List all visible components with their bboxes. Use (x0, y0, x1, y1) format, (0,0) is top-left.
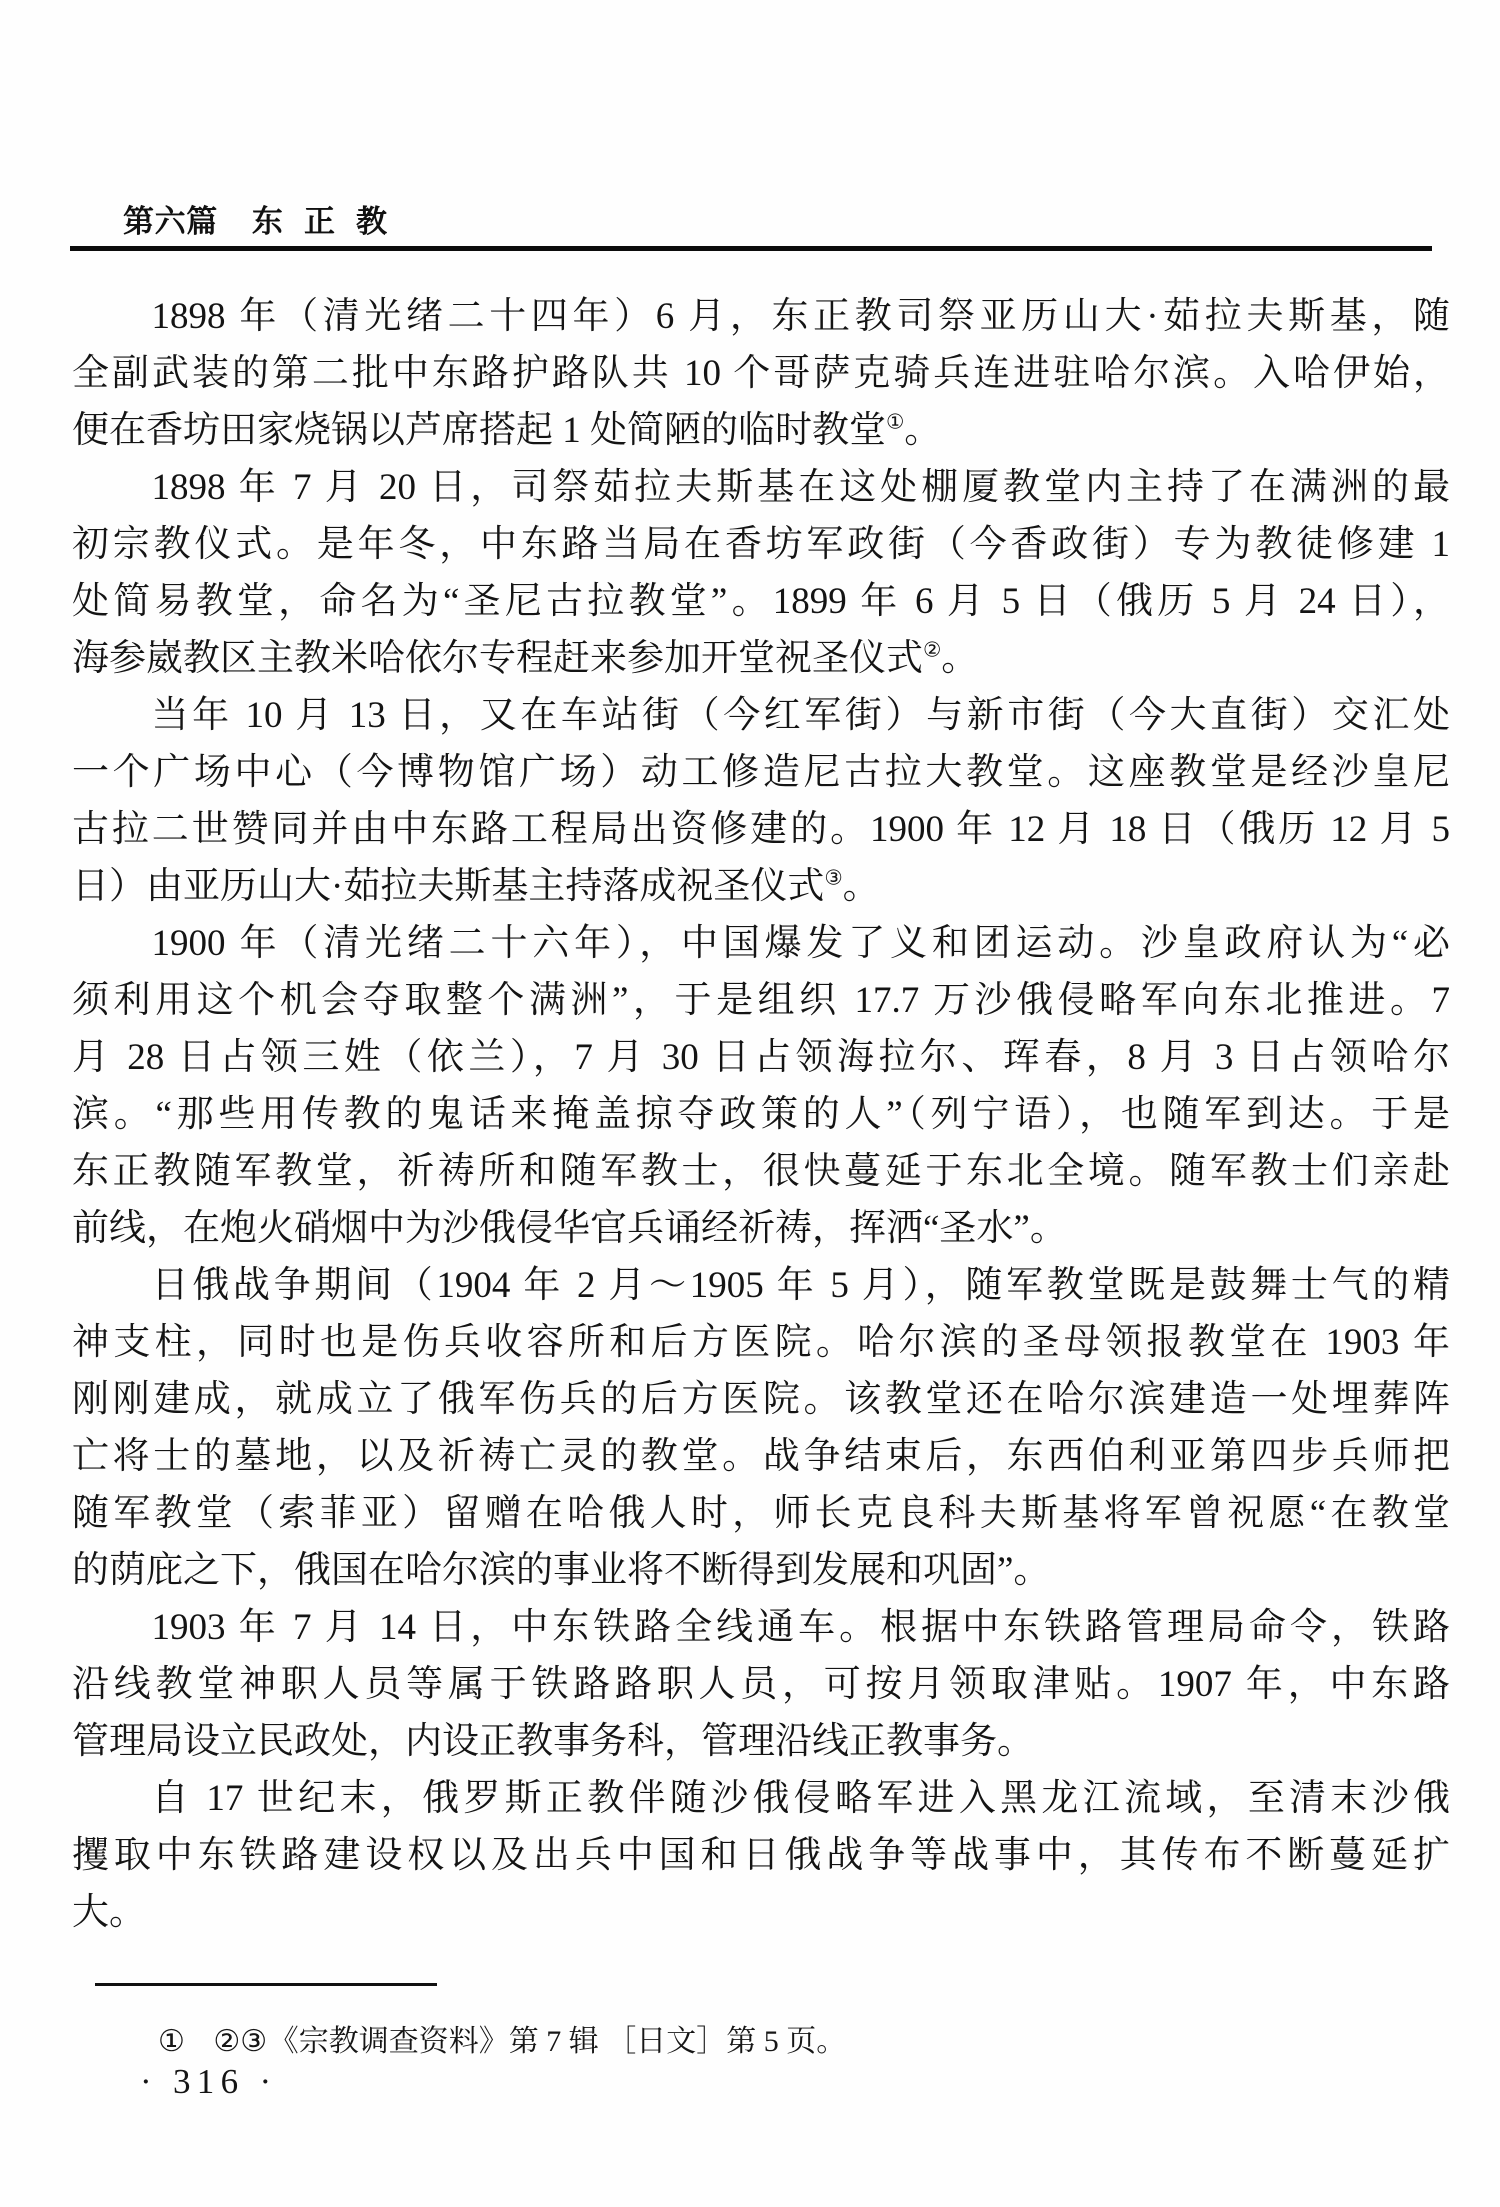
body-line: 滨。“那些用传教的鬼话来掩盖掠夺政策的人”（列宁语），也随军到达。于是 (72, 1086, 1450, 1143)
section-title: 东正教 (252, 196, 408, 241)
paragraph: 当年 10 月 13 日，又在车站街（今红军街）与新市街（今大直街）交汇处一个广… (72, 687, 1450, 915)
body-line: 随军教堂（索菲亚）留赠在哈俄人时，师长克良科夫斯基将军曾祝愿“在教堂 (72, 1485, 1450, 1542)
body-line: 沿线教堂神职人员等属于铁路路职人员，可按月领取津贴。1907 年，中东路 (72, 1656, 1450, 1713)
body-line: 便在香坊田家烧锅以芦席搭起 1 处简陋的临时教堂①。 (72, 402, 1450, 459)
body-line: 当年 10 月 13 日，又在车站街（今红军街）与新市街（今大直街）交汇处 (72, 687, 1450, 744)
body-line: 1898 年（清光绪二十四年）6 月，东正教司祭亚历山大·茹拉夫斯基，随 (72, 288, 1450, 345)
footnote-rule (95, 1983, 437, 1986)
body-line: 处简易教堂，命名为“圣尼古拉教堂”。1899 年 6 月 5 日（俄历 5 月 … (72, 573, 1450, 630)
body-line: 攫取中东铁路建设权以及出兵中国和日俄战争等战事中，其传布不断蔓延扩 (72, 1827, 1450, 1884)
paragraph: 1898 年（清光绪二十四年）6 月，东正教司祭亚历山大·茹拉夫斯基，随全副武装… (72, 288, 1450, 459)
body-line: 的荫庇之下，俄国在哈尔滨的事业将不断得到发展和巩固”。 (72, 1542, 1450, 1599)
running-header: 第六篇 东正教 (123, 196, 408, 241)
body-line: 日）由亚历山大·茹拉夫斯基主持落成祝圣仪式③。 (72, 858, 1450, 915)
paragraph: 1898 年 7 月 20 日，司祭茹拉夫斯基在这处棚厦教堂内主持了在满洲的最初… (72, 459, 1450, 687)
body-line: 1898 年 7 月 20 日，司祭茹拉夫斯基在这处棚厦教堂内主持了在满洲的最 (72, 459, 1450, 516)
paragraph: 自 17 世纪末，俄罗斯正教伴随沙俄侵略军进入黑龙江流域，至清末沙俄攫取中东铁路… (72, 1770, 1450, 1941)
body-line: 须利用这个机会夺取整个满洲”，于是组织 17.7 万沙俄侵略军向东北推进。7 (72, 972, 1450, 1029)
body-line: 管理局设立民政处，内设正教事务科，管理沿线正教事务。 (72, 1713, 1450, 1770)
body-line: 月 28 日占领三姓（依兰），7 月 30 日占领海拉尔、珲春，8 月 3 日占… (72, 1029, 1450, 1086)
header-rule (70, 246, 1432, 251)
body-line: 大。 (72, 1884, 1450, 1941)
body-line: 刚刚建成，就成立了俄军伤兵的后方医院。该教堂还在哈尔滨建造一处埋葬阵 (72, 1371, 1450, 1428)
footnote-marker-2: ②③ (213, 2022, 267, 2062)
body-line: 神支柱，同时也是伤兵收容所和后方医院。哈尔滨的圣母领报教堂在 1903 年 (72, 1314, 1450, 1371)
footnote-text: 《宗教调查资料》第 7 辑 ［日文］第 5 页。 (269, 2022, 847, 2062)
body-line: 海参崴教区主教米哈依尔专程赶来参加开堂祝圣仪式②。 (72, 630, 1450, 687)
footnote-marker-1: ① (158, 2022, 185, 2062)
paragraph: 1900 年（清光绪二十六年），中国爆发了义和团运动。沙皇政府认为“必须利用这个… (72, 915, 1450, 1257)
page-number: · 316 · (140, 2062, 277, 2102)
body-line: 古拉二世赞同并由中东路工程局出资修建的。1900 年 12 月 18 日（俄历 … (72, 801, 1450, 858)
paragraph: 日俄战争期间（1904 年 2 月～1905 年 5 月），随军教堂既是鼓舞士气… (72, 1257, 1450, 1599)
body-line: 一个广场中心（今博物馆广场）动工修造尼古拉大教堂。这座教堂是经沙皇尼 (72, 744, 1450, 801)
body-line: 全副武装的第二批中东路护路队共 10 个哥萨克骑兵连进驻哈尔滨。入哈伊始， (72, 345, 1450, 402)
body-text: 1898 年（清光绪二十四年）6 月，东正教司祭亚历山大·茹拉夫斯基，随全副武装… (72, 288, 1450, 1941)
body-line: 东正教随军教堂，祈祷所和随军教士，很快蔓延于东北全境。随军教士们亲赴 (72, 1143, 1450, 1200)
body-line: 日俄战争期间（1904 年 2 月～1905 年 5 月），随军教堂既是鼓舞士气… (72, 1257, 1450, 1314)
body-line: 亡将士的墓地，以及祈祷亡灵的教堂。战争结束后，东西伯利亚第四步兵师把 (72, 1428, 1450, 1485)
section-label: 第六篇 (123, 196, 218, 241)
body-line: 前线，在炮火硝烟中为沙俄侵华官兵诵经祈祷，挥洒“圣水”。 (72, 1200, 1450, 1257)
body-line: 1900 年（清光绪二十六年），中国爆发了义和团运动。沙皇政府认为“必 (72, 915, 1450, 972)
body-line: 1903 年 7 月 14 日，中东铁路全线通车。根据中东铁路管理局命令，铁路 (72, 1599, 1450, 1656)
footnote: ① ②③ 《宗教调查资料》第 7 辑 ［日文］第 5 页。 (158, 2022, 846, 2062)
body-line: 自 17 世纪末，俄罗斯正教伴随沙俄侵略军进入黑龙江流域，至清末沙俄 (72, 1770, 1450, 1827)
book-page: 第六篇 东正教 1898 年（清光绪二十四年）6 月，东正教司祭亚历山大·茹拉夫… (0, 0, 1500, 2207)
body-line: 初宗教仪式。是年冬，中东路当局在香坊军政街（今香政街）专为教徒修建 1 (72, 516, 1450, 573)
paragraph: 1903 年 7 月 14 日，中东铁路全线通车。根据中东铁路管理局命令，铁路沿… (72, 1599, 1450, 1770)
